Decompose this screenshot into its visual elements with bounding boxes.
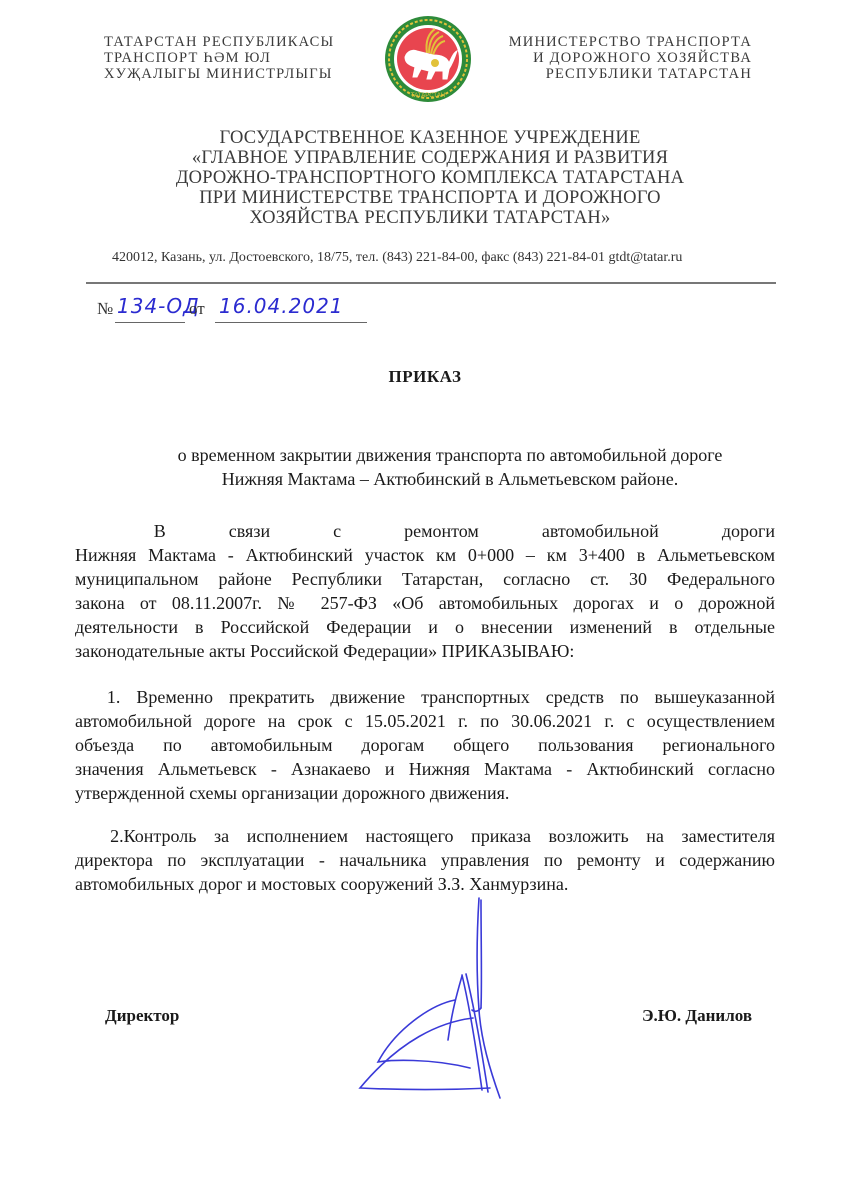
date-underline	[215, 322, 367, 323]
org-line: ХОЗЯЙСТВА РЕСПУБЛИКИ ТАТАРСТАН»	[80, 208, 780, 228]
handwritten-signature-icon	[340, 890, 540, 1100]
paragraph-line: законодательные акты Российской Федераци…	[75, 639, 775, 663]
subject-line: Нижняя Мактама – Актюбинский в Альметьев…	[120, 467, 780, 491]
paragraph-line: Нижняя Мактама - Актюбинский участок км …	[75, 543, 775, 567]
signatory-name: Э.Ю. Данилов	[642, 1006, 752, 1026]
paragraph-line: деятельности в Российской Федерации и о …	[75, 615, 775, 639]
header-right-line: РЕСПУБЛИКИ ТАТАРСТАН	[505, 66, 752, 82]
paragraph-line: В связи с ремонтом автомобильной дороги	[75, 519, 775, 543]
org-line: ПРИ МИНИСТЕРСТВЕ ТРАНСПОРТА И ДОРОЖНОГО	[80, 188, 780, 208]
preamble-paragraph: В связи с ремонтом автомобильной дороги …	[75, 519, 775, 663]
header-right-line: МИНИСТЕРСТВО ТРАНСПОРТА	[505, 34, 752, 50]
organization-name: ГОСУДАРСТВЕННОЕ КАЗЕННОЕ УЧРЕЖДЕНИЕ «ГЛА…	[80, 128, 780, 228]
org-line: ДОРОЖНО-ТРАНСПОРТНОГО КОМПЛЕКСА ТАТАРСТА…	[80, 168, 780, 188]
subject-line: о временном закрытии движения транспорта…	[120, 443, 780, 467]
document-subject: о временном закрытии движения транспорта…	[120, 443, 780, 491]
org-line: ГОСУДАРСТВЕННОЕ КАЗЕННОЕ УЧРЕЖДЕНИЕ	[80, 128, 780, 148]
paragraph-line: объезда по автомобильным дорогам общего …	[75, 733, 775, 757]
registration-number: 134-ОД	[117, 294, 200, 318]
date-label: от	[189, 299, 205, 319]
header-right-line: И ДОРОЖНОГО ХОЗЯЙСТВА	[505, 50, 752, 66]
header-left-line: ТАТАРСТАН РЕСПУБЛИКАСЫ	[104, 34, 334, 50]
registration-date: 16.04.2021	[219, 294, 344, 318]
paragraph-line: муниципальном районе Республики Татарста…	[75, 567, 775, 591]
paragraph-line: 2.Контроль за исполнением настоящего при…	[75, 824, 775, 848]
emblem-ring-text: ТАТАРСТАН	[411, 93, 445, 99]
header-left-line: ХУҖАЛЫГЫ МИНИСТРЛЫГЫ	[104, 66, 334, 82]
header-tatar-ministry: ТАТАРСТАН РЕСПУБЛИКАСЫ ТРАНСПОРТ ҺӘМ ЮЛ …	[104, 34, 334, 82]
number-label: №	[97, 299, 113, 319]
header-divider	[86, 282, 776, 284]
header-left-line: ТРАНСПОРТ ҺӘМ ЮЛ	[104, 50, 334, 66]
paragraph-line: значения Альметьевск - Азнакаево и Нижня…	[75, 757, 775, 781]
paragraph-line: утвержденной схемы организации дорожного…	[75, 781, 775, 805]
organization-address: 420012, Казань, ул. Достоевского, 18/75,…	[112, 250, 682, 266]
order-item-2: 2.Контроль за исполнением настоящего при…	[75, 824, 775, 896]
header-russian-ministry: МИНИСТЕРСТВО ТРАНСПОРТА И ДОРОЖНОГО ХОЗЯ…	[505, 34, 752, 82]
org-line: «ГЛАВНОЕ УПРАВЛЕНИЕ СОДЕРЖАНИЯ И РАЗВИТИ…	[80, 148, 780, 168]
coat-of-arms-icon: ТАТАРСТАН	[383, 13, 473, 105]
paragraph-line: закона от 08.11.2007г. № 257-ФЗ «Об авто…	[75, 591, 775, 615]
paragraph-line: 1. Временно прекратить движение транспор…	[75, 685, 775, 709]
signatory-role: Директор	[105, 1006, 179, 1026]
order-item-1: 1. Временно прекратить движение транспор…	[75, 685, 775, 805]
paragraph-line: автомобильной дороге на срок с 15.05.202…	[75, 709, 775, 733]
document-title: ПРИКАЗ	[0, 367, 850, 387]
paragraph-line: директора по эксплуатации - начальника у…	[75, 848, 775, 872]
number-underline	[115, 322, 185, 323]
